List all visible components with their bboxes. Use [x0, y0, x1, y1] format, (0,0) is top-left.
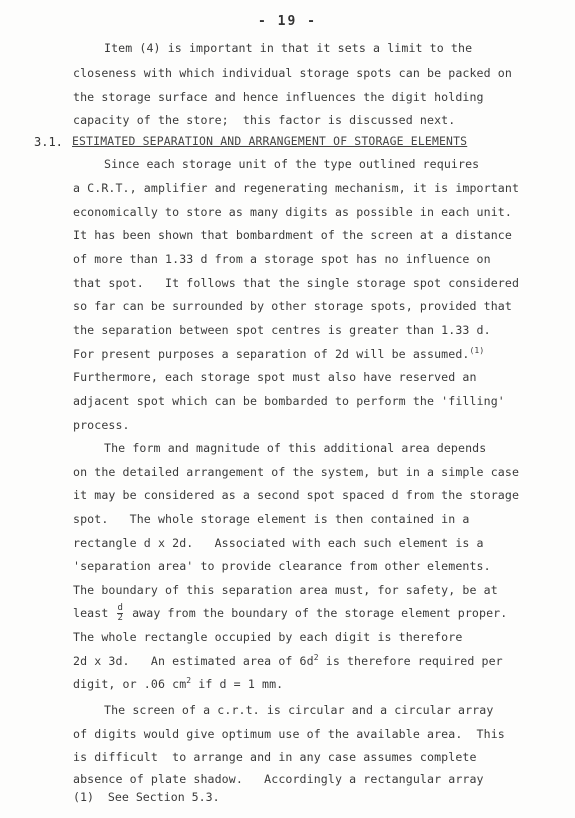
- text-line: on the detailed arrangement of the syste…: [73, 465, 519, 479]
- text-line: the separation between spot centres is g…: [73, 323, 491, 337]
- text-line: so far can be surrounded by other storag…: [73, 299, 512, 313]
- document-page: - 19 - Item (4) is important in that it …: [0, 0, 575, 818]
- text-line: closeness with which individual storage …: [73, 66, 512, 80]
- text-line: of more than 1.33 d from a storage spot …: [73, 252, 491, 266]
- text-line: economically to store as many digits as …: [73, 205, 512, 219]
- text-line: It has been shown that bombardment of th…: [73, 228, 512, 242]
- text-line: process.: [73, 418, 130, 432]
- text-line: The form and magnitude of this additiona…: [104, 441, 486, 455]
- text-line: that spot. It follows that the single st…: [73, 276, 519, 290]
- text-segment: least: [73, 606, 115, 620]
- text-line: absence of plate shadow. Accordingly a r…: [73, 772, 484, 786]
- text-line: 2d x 3d. An estimated area of 6d2 is the…: [73, 654, 503, 668]
- text-segment: 2d x 3d. An estimated area of 6d: [73, 654, 314, 668]
- footnote: (1) See Section 5.3.: [73, 790, 220, 804]
- text-line: digit, or .06 cm2 if d = 1 mm.: [73, 677, 283, 691]
- text-line: Item (4) is important in that it sets a …: [104, 41, 472, 55]
- text-line: spot. The whole storage element is then …: [73, 512, 469, 526]
- text-line: Since each storage unit of the type outl…: [104, 157, 479, 171]
- text-line: least d2 away from the boundary of the s…: [73, 604, 507, 623]
- text-segment: For present purposes a separation of 2d …: [73, 347, 469, 361]
- text-line: of digits would give optimum use of the …: [73, 727, 505, 741]
- text-line: capacity of the store; this factor is di…: [73, 113, 455, 127]
- footnote-ref: (1): [469, 346, 484, 355]
- text-segment: away from the boundary of the storage el…: [125, 606, 507, 620]
- text-line: The screen of a c.r.t. is circular and a…: [104, 703, 493, 717]
- section-heading: ESTIMATED SEPARATION AND ARRANGEMENT OF …: [72, 134, 467, 148]
- text-line: For present purposes a separation of 2d …: [73, 347, 484, 361]
- text-line: rectangle d x 2d. Associated with each s…: [73, 536, 484, 550]
- text-line: The whole rectangle occupied by each dig…: [73, 630, 462, 644]
- text-line: the storage surface and hence influences…: [73, 90, 484, 104]
- text-line: The boundary of this separation area mus…: [73, 583, 498, 597]
- text-line: adjacent spot which can be bombarded to …: [73, 394, 505, 408]
- text-segment: is therefore required per: [319, 654, 503, 668]
- text-line: it may be considered as a second spot sp…: [73, 488, 519, 502]
- section-number: 3.1.: [34, 135, 63, 149]
- text-line: a C.R.T., amplifier and regenerating mec…: [73, 181, 519, 195]
- fraction-d-over-2: d2: [117, 604, 123, 623]
- text-segment: if d = 1 mm.: [191, 677, 283, 691]
- text-segment: digit, or .06 cm: [73, 677, 186, 691]
- page-number: - 19 -: [0, 14, 575, 29]
- text-line: Furthermore, each storage spot must also…: [73, 370, 477, 384]
- text-line: 'separation area' to provide clearance f…: [73, 559, 491, 573]
- text-line: is difficult to arrange and in any case …: [73, 750, 477, 764]
- fraction-denominator: 2: [117, 614, 123, 623]
